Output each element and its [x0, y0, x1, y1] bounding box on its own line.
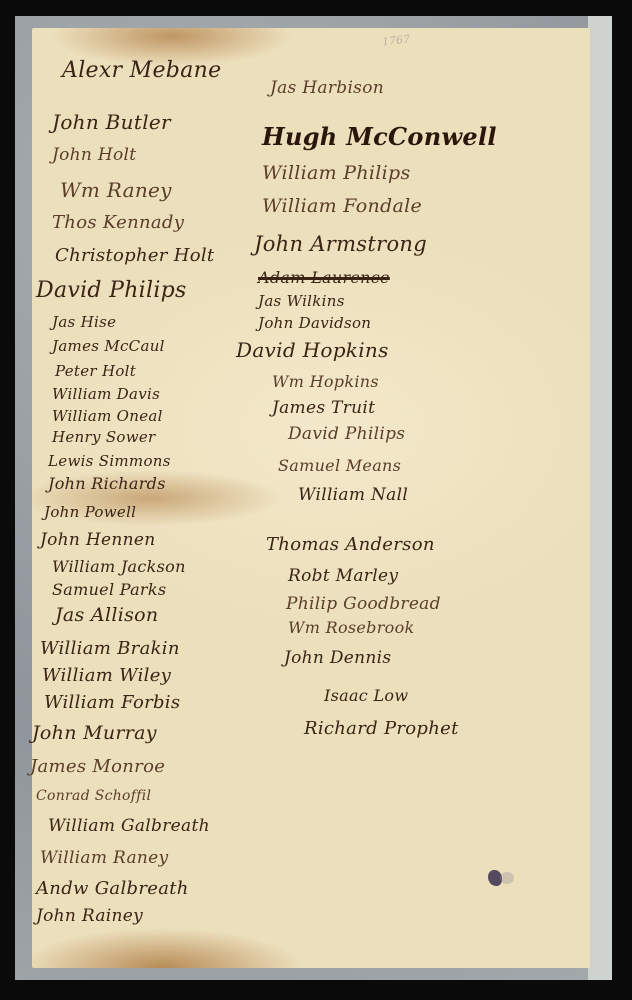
signature: Jas Hise	[52, 313, 116, 331]
signature: John Hennen	[40, 530, 155, 550]
signature: David Philips	[288, 424, 405, 444]
signature: Samuel Parks	[52, 580, 166, 599]
signature: William Philips	[262, 162, 411, 184]
signature: Philip Goodbread	[286, 594, 441, 614]
signature: Andw Galbreath	[36, 878, 189, 899]
signature: John Powell	[44, 503, 136, 521]
signature: John Butler	[52, 110, 171, 134]
signature: William Davis	[52, 385, 160, 403]
signature: John Murray	[32, 722, 157, 744]
ink-blot	[488, 870, 502, 886]
signature: William Nall	[298, 485, 408, 505]
signature: David Philips	[36, 278, 187, 303]
signature: John Dennis	[284, 648, 391, 668]
signature: Richard Prophet	[304, 718, 459, 739]
signature: Thos Kennady	[52, 212, 184, 233]
signature: Lewis Simmons	[48, 452, 171, 470]
signature: Jas Harbison	[270, 78, 384, 98]
signature: Wm Rosebrook	[288, 618, 415, 637]
signature: Christopher Holt	[55, 245, 214, 266]
signature: Hugh McConwell	[262, 122, 497, 151]
signature: John Richards	[48, 474, 166, 493]
signature: Alexr Mebane	[62, 58, 221, 83]
signature: William Fondale	[262, 195, 422, 217]
struck-signature: Adam Laurence	[258, 268, 390, 287]
signature: John Holt	[52, 145, 136, 165]
signature: Thomas Anderson	[266, 534, 435, 555]
signature: Samuel Means	[278, 456, 401, 475]
signature: Peter Holt	[55, 362, 136, 380]
signature: John Rainey	[36, 906, 143, 926]
signature: James Monroe	[30, 756, 165, 777]
signature: William Galbreath	[48, 816, 210, 836]
signature: Wm Raney	[60, 178, 172, 202]
signature: Jas Wilkins	[258, 292, 345, 310]
signature: James Truit	[272, 398, 375, 418]
signature: Robt Marley	[288, 566, 398, 586]
signature: James McCaul	[52, 337, 165, 355]
signature: William Brakin	[40, 638, 180, 659]
signature: William Raney	[40, 848, 168, 868]
signature: John Armstrong	[254, 232, 427, 256]
signature: Jas Allison	[55, 604, 158, 626]
signature: William Oneal	[52, 407, 163, 425]
signature: William Jackson	[52, 557, 186, 576]
signature: Wm Hopkins	[272, 372, 379, 391]
signature: William Forbis	[44, 692, 180, 713]
signature: Conrad Schoffil	[36, 788, 151, 804]
signature: Henry Sower	[52, 428, 156, 446]
signature: John Davidson	[258, 314, 371, 332]
signature: Isaac Low	[324, 686, 408, 705]
signature: David Hopkins	[236, 338, 389, 362]
signature: William Wiley	[42, 665, 171, 686]
mount-edge	[588, 16, 612, 980]
